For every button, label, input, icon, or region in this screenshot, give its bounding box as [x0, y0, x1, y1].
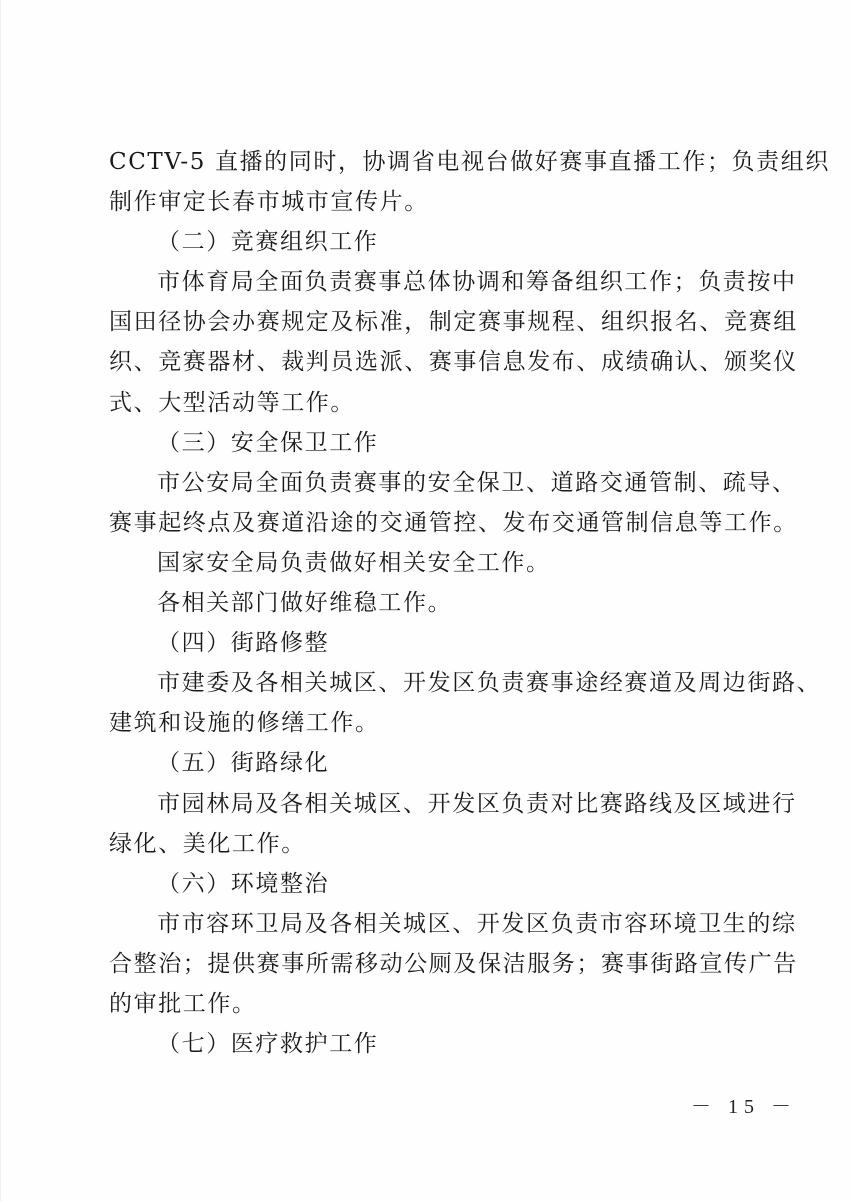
paragraph-continuation: 制作审定长春市城市宣传片。	[109, 182, 749, 222]
paragraph: 各相关部门做好维稳工作。	[109, 583, 749, 623]
paragraph-continuation: 的审批工作。	[109, 984, 749, 1024]
paragraph: 市体育局全面负责赛事总体协调和筹备组织工作；负责按中	[109, 262, 749, 302]
paragraph-continuation: 式、大型活动等工作。	[109, 383, 749, 423]
document-body: CCTV-5 直播的同时，协调省电视台做好赛事直播工作；负责组织 制作审定长春市…	[109, 142, 749, 1064]
paragraph: 市园林局及各相关城区、开发区负责对比赛路线及区域进行	[109, 784, 749, 824]
paragraph-continuation: 织、竞赛器材、裁判员选派、赛事信息发布、成绩确认、颁奖仪	[109, 342, 749, 382]
paragraph-continuation: 国田径协会办赛规定及标准，制定赛事规程、组织报名、竞赛组	[109, 302, 749, 342]
paragraph-continuation: 合整治；提供赛事所需移动公厕及保洁服务；赛事街路宣传广告	[109, 944, 749, 984]
section-heading-environment: （六）环境整治	[109, 864, 749, 904]
section-heading-greening: （五）街路绿化	[109, 743, 749, 783]
paragraph: 市市容环卫局及各相关城区、开发区负责市容环境卫生的综	[109, 904, 749, 944]
section-heading-security: （三）安全保卫工作	[109, 423, 749, 463]
section-heading-street-repair: （四）街路修整	[109, 623, 749, 663]
section-heading-medical: （七）医疗救护工作	[109, 1024, 749, 1064]
paragraph: 国家安全局负责做好相关安全工作。	[109, 543, 749, 583]
page-number: － 15 －	[691, 1090, 797, 1119]
document-page: CCTV-5 直播的同时，协调省电视台做好赛事直播工作；负责组织 制作审定长春市…	[0, 0, 850, 1201]
paragraph-continuation: 赛事起终点及赛道沿途的交通管控、发布交通管制信息等工作。	[109, 503, 749, 543]
paragraph: 市公安局全面负责赛事的安全保卫、道路交通管制、疏导、	[109, 463, 749, 503]
section-heading-competition: （二）竞赛组织工作	[109, 222, 749, 262]
paragraph-continuation: CCTV-5 直播的同时，协调省电视台做好赛事直播工作；负责组织	[109, 142, 749, 182]
paragraph-continuation: 绿化、美化工作。	[109, 824, 749, 864]
paragraph: 市建委及各相关城区、开发区负责赛事途经赛道及周边街路、	[109, 663, 749, 703]
paragraph-continuation: 建筑和设施的修缮工作。	[109, 703, 749, 743]
